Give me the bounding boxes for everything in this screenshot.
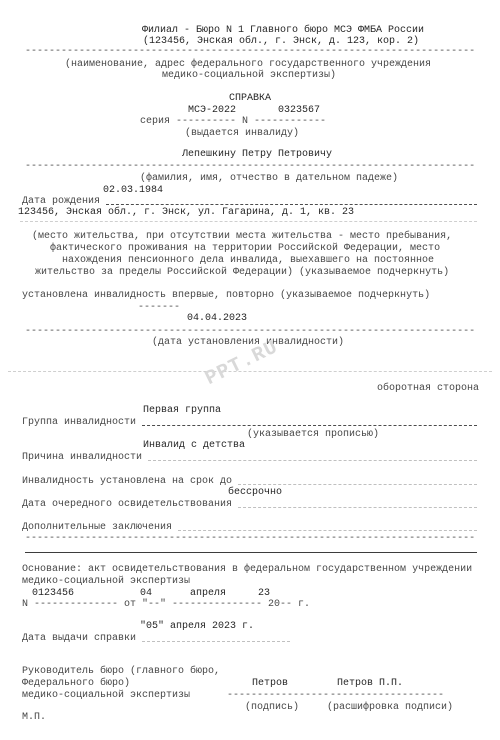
divider-dashes: ----------------------------------------…	[25, 533, 475, 544]
series-value: МСЭ-2022	[188, 105, 236, 116]
act-number-value: 0123456	[32, 588, 74, 599]
signatory-title-line2: Федерального бюро)	[22, 678, 130, 689]
birth-date-value: 02.03.1984	[103, 185, 163, 196]
disability-cause-blank	[148, 460, 477, 461]
birth-date-field: Дата рождения	[22, 196, 477, 207]
signature-name-value: Петров П.П.	[337, 678, 403, 689]
disability-cause-field: Причина инвалидности	[22, 452, 477, 463]
issue-date-value: "05" апреля 2023 г.	[140, 621, 254, 632]
issue-date-label: Дата выдачи справки	[22, 633, 136, 644]
residence-caption-line3: нахождения пенсионного дела инвалида, вы…	[62, 255, 434, 266]
next-exam-field: Дата очередного освидетельствования	[22, 499, 477, 510]
residence-caption-line4: жительство за пределы Российской Федерац…	[35, 267, 449, 278]
first-time-underline: -------	[138, 302, 180, 313]
additional-conclusions-blank	[178, 530, 477, 531]
recipient-caption: (фамилия, имя, отчество в дательном паде…	[140, 173, 398, 184]
disability-cause-value: Инвалид с детства	[143, 440, 245, 451]
org-caption-line2: медико-социальной экспертизы)	[162, 70, 336, 81]
disability-group-blank	[142, 425, 477, 426]
signature-name-blank-line: -------------------	[330, 690, 444, 701]
signature-value: Петров	[252, 678, 288, 689]
seal-place-label: М.П.	[22, 712, 46, 723]
number-value: 0323567	[278, 105, 320, 116]
disability-group-label: Группа инвалидности	[22, 417, 136, 428]
basis-line1: Основание: акт освидетельствования в фед…	[22, 564, 472, 575]
next-exam-blank	[238, 507, 477, 508]
act-year-value: 23	[258, 588, 270, 599]
recipient-name: Лепешкину Петру Петровичу	[182, 149, 332, 160]
basis-line2: медико-социальной экспертизы	[22, 576, 190, 587]
disability-cause-label: Причина инвалидности	[22, 452, 142, 463]
residence-underline	[20, 221, 477, 222]
additional-conclusions-field: Дополнительные заключения	[22, 522, 477, 533]
issue-date-field: Дата выдачи справки	[22, 633, 290, 644]
establishment-date-value: 04.04.2023	[187, 313, 247, 324]
additional-conclusions-label: Дополнительные заключения	[22, 522, 172, 533]
org-caption-line1: (наименование, адрес федерального госуда…	[65, 59, 431, 70]
divider-dashes: ----------------------------------------…	[25, 46, 475, 57]
birth-date-label: Дата рождения	[22, 196, 100, 207]
disability-group-field: Группа инвалидности	[22, 417, 477, 428]
disability-certificate-document: Филиал - Бюро N 1 Главного бюро МСЭ ФМБА…	[0, 0, 500, 740]
residence-caption-line2: фактического проживания на территории Ро…	[50, 243, 440, 254]
back-side-label: оборотная сторона	[377, 383, 479, 394]
signatory-title-line3: медико-социальной экспертизы	[22, 690, 190, 701]
disability-term-label: Инвалидность установлена на срок до	[22, 476, 232, 487]
act-month-value: апреля	[190, 588, 226, 599]
signatory-title-line1: Руководитель бюро (главного бюро,	[22, 666, 220, 677]
disability-group-caption: (указывается прописью)	[247, 429, 379, 440]
org-name-line: Филиал - Бюро N 1 Главного бюро МСЭ ФМБА…	[142, 25, 424, 36]
disability-term-value: бессрочно	[228, 487, 282, 498]
signature-name-caption: (расшифровка подписи)	[327, 702, 453, 713]
act-day-value: 04	[140, 588, 152, 599]
establishment-line: установлена инвалидность впервые, повтор…	[22, 290, 430, 301]
document-title: СПРАВКА	[229, 93, 271, 104]
disability-group-value: Первая группа	[143, 405, 221, 416]
solid-rule	[25, 552, 477, 553]
disability-term-field: Инвалидность установлена на срок до	[22, 476, 477, 487]
disability-term-blank	[238, 484, 477, 485]
next-exam-label: Дата очередного освидетельствования	[22, 499, 232, 510]
signature-caption: (подпись)	[245, 702, 299, 713]
divider-dashes: ----------------------------------------…	[25, 326, 475, 337]
divider-dashes: ----------------------------------------…	[25, 161, 475, 172]
residence-value: 123456, Энская обл., г. Энск, ул. Гагари…	[18, 207, 354, 218]
residence-caption-line1: (место жительства, при отсутствии места …	[32, 231, 452, 242]
issue-date-blank	[142, 641, 290, 642]
issued-to-note: (выдается инвалиду)	[185, 128, 299, 139]
act-blank-template: N -------------- от "--" ---------------…	[22, 599, 310, 610]
signature-blank-line: -----------------	[227, 690, 329, 701]
birth-date-blank	[106, 204, 477, 205]
series-number-template: серия ---------- N ------------	[140, 116, 326, 127]
